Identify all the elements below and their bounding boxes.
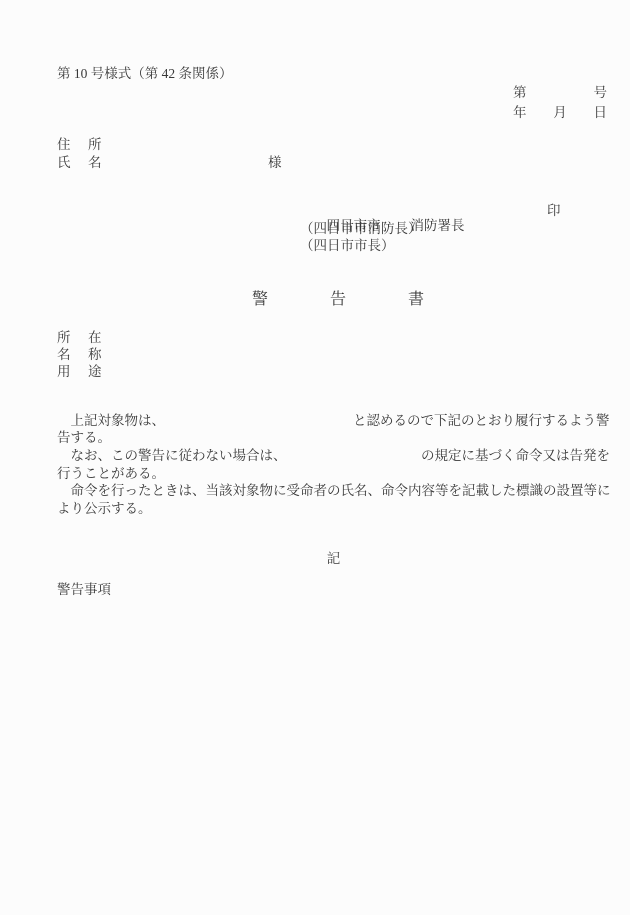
body-p2-line2: 行うことがある。 (57, 466, 165, 481)
body-p1-line1-right: と認めるので下記のとおり履行するよう警 (353, 413, 610, 428)
property-name-label: 名 称 (57, 347, 104, 362)
body-p2-line1-left: なお、この警告に従わない場合は、 (57, 448, 287, 463)
issuer-alt-fire-chief: （四日市市消防長） (300, 221, 422, 236)
title-char-1: 警 (252, 291, 268, 309)
body-p3-line1: 命令を行ったときは、当該対象物に受命者の氏名、命令内容等を記載した標識の設置等に (57, 483, 611, 498)
issuer-alt-mayor: （四日市市長） (300, 238, 395, 253)
document-number-line: 第 号 (513, 85, 607, 100)
date-day-label: 日 (594, 105, 608, 120)
date-year-label: 年 (513, 105, 527, 120)
addressee-address-label: 住 所 (57, 137, 104, 152)
document-title: 警 告 書 (252, 291, 424, 309)
property-use-label: 用 途 (57, 364, 104, 379)
seal-placeholder: 印 (547, 203, 561, 218)
title-char-2: 告 (330, 291, 346, 309)
warning-items-label: 警告事項 (57, 582, 111, 597)
property-location-label: 所 在 (57, 330, 104, 345)
body-p1-line2: 告する。 (57, 430, 111, 445)
addressee-honorific: 様 (268, 155, 282, 170)
form-number: 第 10 号様式（第 42 条関係） (57, 66, 233, 81)
body-p3-line2: より公示する。 (57, 501, 152, 516)
title-char-3: 書 (408, 291, 424, 309)
date-month-label: 月 (553, 105, 567, 120)
document-number-prefix: 第 (513, 85, 527, 100)
record-marker: 記 (57, 551, 610, 566)
date-line: 年 月 日 (513, 105, 607, 120)
warning-document-page: 第 10 号様式（第 42 条関係） 第 号 年 月 日 住 所 氏 名 様 四… (0, 0, 630, 915)
document-number-unit: 号 (594, 85, 608, 100)
body-p1-line1-left: 上記対象物は、 (57, 413, 165, 428)
body-p2-line1-right: の規定に基づく命令又は告発を (421, 448, 610, 463)
addressee-name-label: 氏 名 (57, 155, 104, 170)
